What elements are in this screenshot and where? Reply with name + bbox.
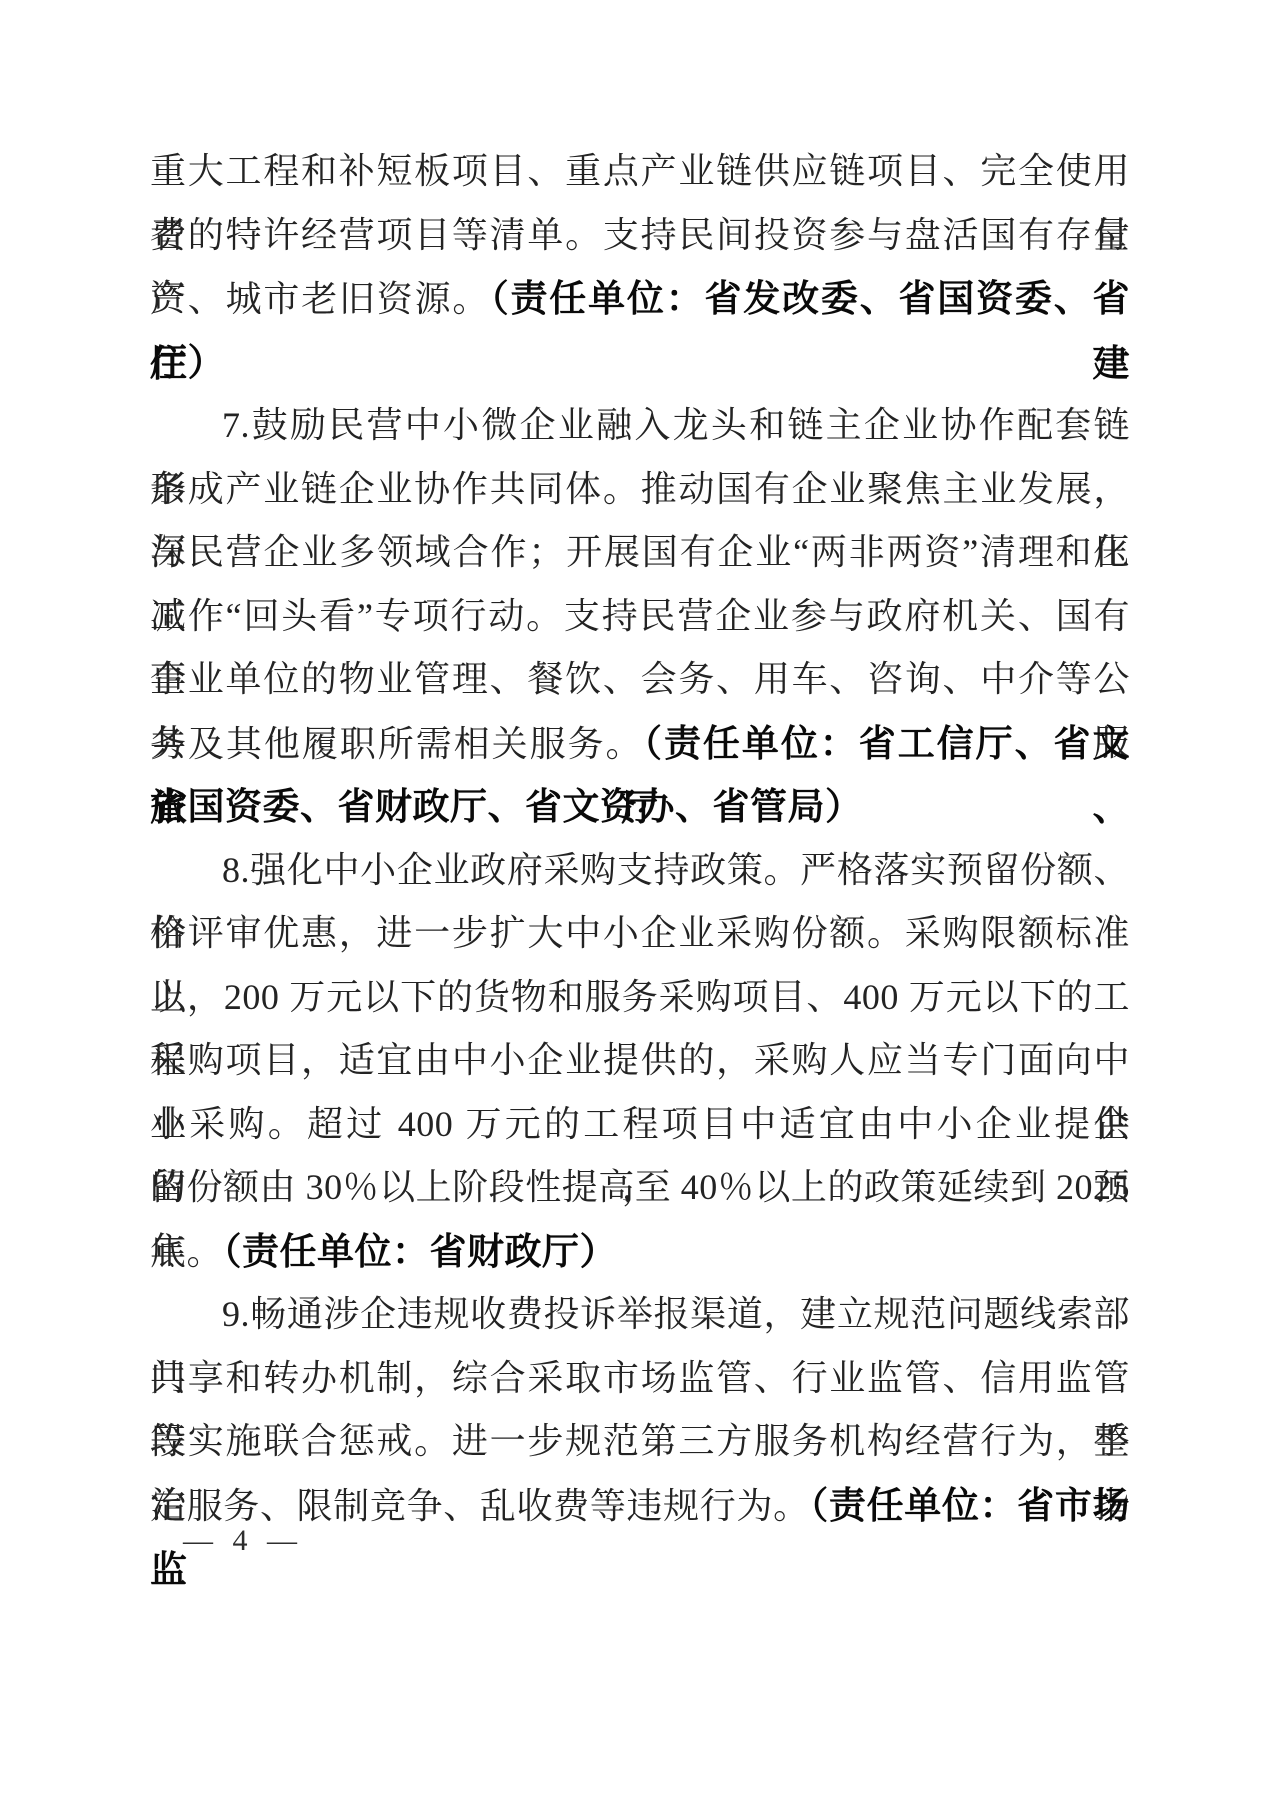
text-line: 7.鼓励民营中小微企业融入龙头和链主企业协作配套链条， — [150, 394, 1130, 458]
text-line: 底。（责任单位：省财政厅） — [150, 1220, 1130, 1284]
text-line: 工作“回头看”专项行动。支持民营企业参与政府机关、国有企 — [150, 585, 1130, 649]
text-line: 采购项目，适宜由中小企业提供的，采购人应当专门面向中小企 — [150, 1029, 1130, 1093]
text-line: 9.畅通涉企违规收费投诉举报渠道，建立规范问题线索部门 — [150, 1283, 1130, 1347]
document-lines: 重大工程和补短板项目、重点产业链供应链项目、完全使用者付费的特许经营项目等清单。… — [150, 140, 1130, 1537]
text-line: 事业单位的物业管理、餐饮、会务、用车、咨询、中介等公共服 — [150, 648, 1130, 712]
responsible-unit-text: 厅） — [150, 342, 225, 383]
text-line: 务及其他履职所需相关服务。（责任单位：省工信厅、省文旅厅、 — [150, 712, 1130, 776]
document-page: 重大工程和补短板项目、重点产业链供应链项目、完全使用者付费的特许经营项目等清单。… — [0, 0, 1270, 1796]
text-line: 8.强化中小企业政府采购支持政策。严格落实预留份额、价 — [150, 839, 1130, 903]
document-body: 重大工程和补短板项目、重点产业链供应链项目、完全使用者付费的特许经营项目等清单。… — [150, 140, 1130, 1537]
text-line: 共享和转办机制，综合采取市场监管、行业监管、信用监管等手 — [150, 1347, 1130, 1411]
responsible-unit-text: （责任单位：省财政厅） — [223, 1231, 617, 1272]
text-line: 格评审优惠，进一步扩大中小企业采购份额。采购限额标准以 — [150, 902, 1130, 966]
page-number: — 4 — — [183, 1520, 303, 1562]
text-line: 与民营企业多领域合作；开展国有企业“两非两资”清理和压减 — [150, 521, 1130, 585]
body-text: 底。 — [150, 1232, 223, 1272]
body-text: 务及其他履职所需相关服务。 — [150, 724, 643, 764]
text-line: 重大工程和补短板项目、重点产业链供应链项目、完全使用者付 — [150, 140, 1130, 204]
text-line: 段实施联合惩戒。进一步规范第三方服务机构经营行为，整治指 — [150, 1410, 1130, 1474]
text-line: 业采购。超过 400 万元的工程项目中适宜由中小企业提供的，预 — [150, 1093, 1130, 1157]
text-line: 形成产业链企业协作共同体。推动国有企业聚焦主业发展，深化 — [150, 458, 1130, 522]
text-line: 留份额由 30％以上阶段性提高至 40％以上的政策延续到 2025 年 — [150, 1156, 1130, 1220]
body-text: 产、城市老旧资源。 — [150, 279, 490, 319]
text-line: 产、城市老旧资源。（责任单位：省发改委、省国资委、省住建 — [150, 267, 1130, 331]
text-line: 上，200 万元以下的货物和服务采购项目、400 万元以下的工程 — [150, 966, 1130, 1030]
responsible-unit-text: 省国资委、省财政厅、省文资办、省管局） — [150, 786, 863, 827]
text-line: 费的特许经营项目等清单。支持民间投资参与盘活国有存量资 — [150, 204, 1130, 268]
